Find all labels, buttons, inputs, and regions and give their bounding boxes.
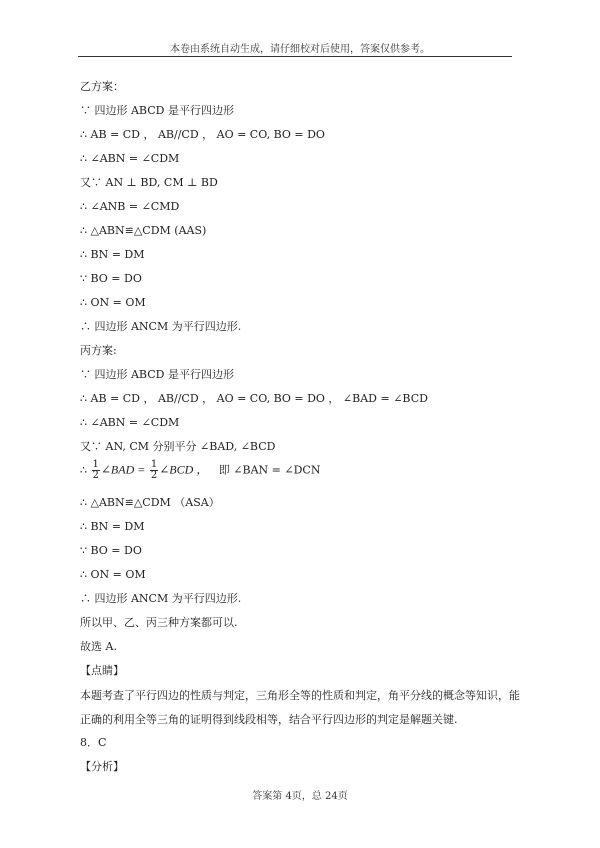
solution-line: ∴ BN = DM	[80, 520, 145, 534]
solution-line: ∴ BN = DM	[80, 248, 145, 262]
solution-line: ∵ 四边形 ABCD 是平行四边形	[80, 104, 234, 118]
solution-line: ∵ BO = DO	[80, 272, 142, 286]
therefore-symbol: ∴	[80, 464, 87, 477]
fraction-half: 12	[92, 460, 100, 481]
solution-line: ∴ ∠ABN = ∠CDM	[80, 416, 179, 430]
solution-line: ∴ △ABN≌△CDM （ASA）	[80, 496, 220, 510]
solution-line: 【点睛】	[80, 664, 124, 678]
solution-line: 所以甲、乙、丙三种方案都可以.	[80, 616, 238, 630]
solution-line: ∴ ON = OM	[80, 296, 146, 310]
solution-line: ∴ ON = OM	[80, 568, 146, 582]
solution-line: ∴ 四边形 ANCM 为平行四边形.	[80, 592, 241, 606]
angle-bcd: ∠BCD ，	[159, 463, 208, 477]
solution-line: ∴ 四边形 ANCM 为平行四边形.	[80, 320, 241, 334]
fraction-equation-line: ∴ 12∠BAD = 12∠BCD ， 即 ∠BAN = ∠DCN	[80, 460, 320, 481]
solution-line: 又∵ AN ⊥ BD, CM ⊥ BD	[80, 176, 218, 190]
solution-line: ∵ 四边形 ABCD 是平行四边形	[80, 368, 234, 382]
solution-line: ∴ ∠ANB = ∠CMD	[80, 200, 179, 214]
comment-paragraph: 本题考查了平行四边的性质与判定，三角形全等的性质和判定，角平分线的概念等知识，能…	[80, 684, 530, 732]
solution-line: 故选 A.	[80, 640, 117, 654]
angle-bad: ∠BAD =	[101, 463, 145, 477]
solution-line: ∴ ∠ABN = ∠CDM	[80, 152, 179, 166]
fraction-half: 12	[150, 460, 158, 481]
equivalent-angles: 即 ∠BAN = ∠DCN	[219, 464, 321, 477]
page-header-notice: 本卷由系统自动生成，请仔细校对后使用，答案仅供参考。	[0, 40, 600, 55]
solution-line: ∴ AB = CD ， AB//CD ， AO = CO, BO = DO ， …	[80, 392, 428, 406]
solution-line: 丙方案:	[80, 344, 117, 358]
solution-line: 又∵ AN, CM 分别平分 ∠BAD, ∠BCD	[80, 440, 275, 454]
page-footer: 答案第 4页，总 24页	[0, 787, 600, 802]
solution-line: ∴ AB = CD ， AB//CD ， AO = CO, BO = DO	[80, 128, 325, 142]
solution-line: ∵ BO = DO	[80, 544, 142, 558]
solution-line: 8．C	[80, 736, 106, 750]
solution-line: 【分析】	[80, 760, 124, 774]
solution-line: 乙方案：	[80, 80, 124, 94]
solution-line: ∴ △ABN≌△CDM (AAS)	[80, 224, 206, 238]
header-divider	[78, 56, 512, 57]
